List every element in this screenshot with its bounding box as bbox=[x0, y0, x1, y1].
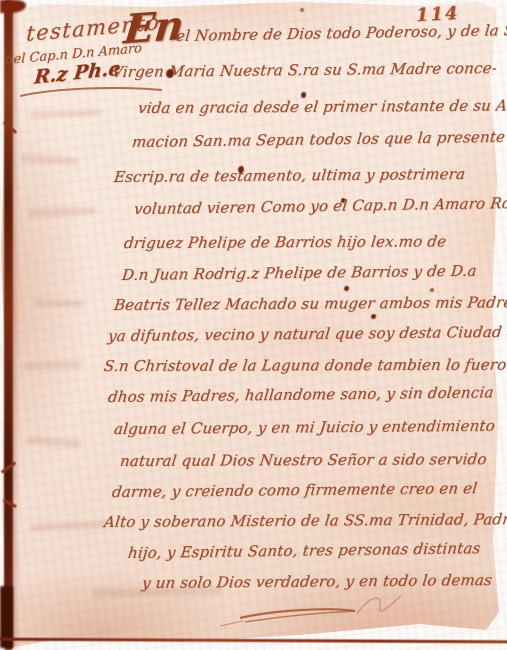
ink-blot bbox=[238, 166, 244, 173]
ink-blot bbox=[344, 286, 349, 291]
manuscript-line: driguez Phelipe de Barrios hijo lex.mo d… bbox=[123, 233, 447, 251]
manuscript-line: alguna el Cuerpo, y en mi Juicio y enten… bbox=[113, 418, 496, 438]
ink-blot bbox=[166, 69, 174, 78]
ink-blot bbox=[341, 198, 345, 203]
binding-shadow bbox=[12, 0, 16, 650]
ink-blot bbox=[301, 92, 306, 98]
manuscript-scan: { "folio_number": "114", "margin": { "ti… bbox=[0, 0, 507, 650]
manuscript-line: Alto y soberano Misterio de la SS.ma Tri… bbox=[103, 511, 507, 530]
manuscript-line: darme, y creiendo como firmemente creo e… bbox=[111, 480, 478, 500]
ink-blot bbox=[430, 288, 434, 292]
page-bottom-edge bbox=[0, 638, 507, 644]
manuscript-line: vida en gracia desde el primer instante … bbox=[137, 97, 507, 116]
manuscript-line: ya difuntos, vecino y natural que soy de… bbox=[107, 324, 507, 345]
ink-blot bbox=[300, 8, 304, 12]
manuscript-line: natural qual Dios Nuestro Señor a sido s… bbox=[119, 451, 488, 469]
manuscript-line: Escrip.ra de testamento, ultima y postri… bbox=[113, 166, 466, 186]
ink-blot bbox=[371, 314, 376, 319]
manuscript-line: S.n Christoval de la Laguna donde tambie… bbox=[103, 357, 507, 375]
manuscript-line: Beatris Tellez Machado su muger ambos mi… bbox=[113, 294, 507, 313]
